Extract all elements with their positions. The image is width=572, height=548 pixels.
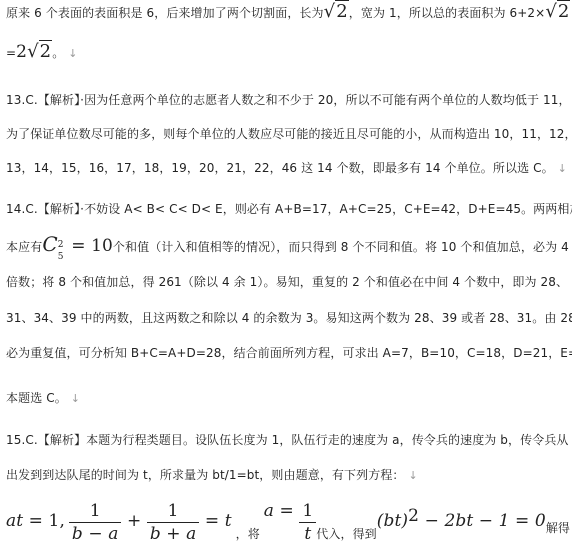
text: 本题选 C。 [6, 391, 67, 405]
var-a: a [264, 501, 274, 521]
text: 原来 6 个表面的表面积是 6，后来增加了两个切割面，长为 [6, 6, 324, 20]
q14-line-3: 倍数；将 8 个和值加总，得 261（除以 4 余 1）。易知，重复的 2 个和… [6, 274, 568, 290]
equals: = [6, 46, 16, 60]
formula-bt: (bt) [377, 511, 408, 531]
superscript: 2 [408, 506, 419, 526]
q15-line-1: 15.C.【解析】本题为行程类题目。设队伍长度为 1，队伍行走的速度为 a，传令… [6, 432, 569, 448]
q14-line-4: 31、34、39 中的两数，且这两数之和除以 4 的余数为 3。易知这两个数为 … [6, 310, 572, 326]
paragraph-mark-icon: ↓ [68, 47, 77, 60]
fraction-1-over-b-minus-a: 1b − a [69, 500, 122, 545]
q14-line-2: 本应有C25 = 10个和值（计入和值相等的情况），而只得到 8 个不同和值。将… [6, 236, 572, 255]
q14-line-6: 本题选 C。 ↓ [6, 390, 80, 407]
text: 。 [52, 46, 64, 60]
text: 本应有 [6, 240, 42, 254]
sqrt-2: √2 [27, 44, 52, 60]
sqrt-2: √2 [545, 4, 570, 20]
formula-at: at [6, 511, 23, 531]
plus: + [121, 511, 146, 531]
paragraph-mark-icon: ↓ [558, 162, 567, 175]
paragraph-mark-icon: ↓ [408, 469, 417, 482]
formula-eq: = 1, [23, 511, 65, 531]
formula-rest: − 2bt − 1 = 0 [419, 511, 546, 531]
equals: = [274, 501, 299, 521]
combination-c: C [42, 232, 57, 256]
coefficient: 2 [16, 42, 27, 62]
text: 解得 [546, 521, 570, 535]
sqrt-2: √2 [324, 4, 349, 20]
text: 13，14，15，16，17，18，19，20，21，22，46 这 14 个数… [6, 161, 554, 175]
q15-formula-line: at = 1, 1b − a + 1b + a = t ，将 a = 1t代入，… [6, 500, 572, 545]
subscript: 5 [58, 249, 64, 265]
q15-line-2: 出发到到达队尾的时间为 t，所求量为 bt/1=bt，则由题意，有下列方程： ↓ [6, 467, 418, 484]
q13-line-2: 为了保证单位数尽可能的多，则每个单位的人数应尽可能的接近且尽可能的小，从而构造出… [6, 126, 572, 142]
text: 个和值（计入和值相等的情况），而只得到 8 个不同和值。将 10 个和值加总，必… [113, 240, 572, 254]
line-1: 原来 6 个表面的表面积是 6，后来增加了两个切割面，长为√2，宽为 1，所以总… [6, 4, 570, 21]
equation: = 10 [66, 236, 113, 256]
q14-line-1: 14.C.【解析】·不妨设 A< B< C< D< E，则必有 A+B=17，A… [6, 201, 572, 217]
text: ，宽为 1，所以总的表面积为 6+2× [349, 6, 546, 20]
equals-t: = t [199, 511, 231, 531]
paragraph-mark-icon: ↓ [71, 392, 80, 405]
q13-line-1: 13.C.【解析】·因为任意两个单位的志愿者人数之和不少于 20，所以不可能有两… [6, 92, 571, 108]
text: 代入，得到 [316, 527, 377, 541]
fraction-1-over-t: 1t [299, 500, 316, 545]
text: 出发到到达队尾的时间为 t，所求量为 bt/1=bt，则由题意，有下列方程： [6, 468, 405, 482]
q14-line-5: 必为重复值，可分析知 B+C=A+D=28，结合前面所列方程，可求出 A=7，B… [6, 345, 572, 361]
q13-line-3: 13，14，15，16，17，18，19，20，21，22，46 这 14 个数… [6, 160, 567, 177]
fraction-1-over-b-plus-a: 1b + a [147, 500, 200, 545]
text: ，将 [236, 527, 260, 541]
line-2: =2√2。 ↓ [6, 44, 78, 62]
